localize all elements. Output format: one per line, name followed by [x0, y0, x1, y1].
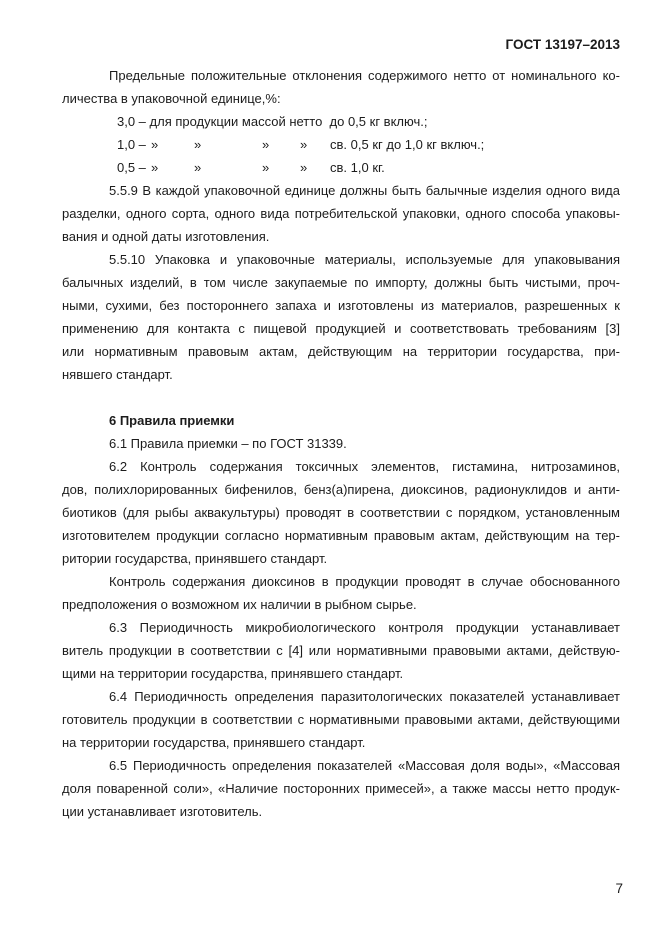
text-line: 6.1 Правила приемки – по ГОСТ 31339. — [62, 432, 620, 455]
text-line: применению для контакта с пищевой продук… — [62, 317, 620, 340]
paragraph-dioxin-note: Контроль содержания диоксинов в продукци… — [62, 570, 620, 616]
section-6-heading: 6 Правила приемки — [62, 409, 620, 432]
tolerance-value: 1,0 – — [117, 133, 146, 156]
tolerance-row-1-0: 1,0 – » » » » св. 0,5 кг до 1,0 кг включ… — [62, 133, 620, 156]
text-line: ными, сухими, без постороннего запаха и … — [62, 294, 620, 317]
text-line: 6.5 Периодичность определения показателе… — [62, 754, 620, 777]
blank-line — [62, 386, 620, 409]
page-content: Предельные положительные отклонения соде… — [62, 64, 620, 823]
text-line: 6.3 Периодичность микробиологического ко… — [62, 616, 620, 639]
text-line: ции устанавливает изготовитель. — [62, 800, 620, 823]
text-line: дов, полихлорированных бифенилов, бенз(а… — [62, 478, 620, 501]
text-line: или нормативным правовым актам, действую… — [62, 340, 620, 363]
tolerance-row-3-0: 3,0 – для продукции массой нетто до 0,5 … — [62, 110, 620, 133]
paragraph-clause-6-3: 6.3 Периодичность микробиологического ко… — [62, 616, 620, 685]
text-line: вания и одной даты изготовления. — [62, 225, 620, 248]
text-line: разделки, одного сорта, одного вида потр… — [62, 202, 620, 225]
tolerance-list: 3,0 – для продукции массой нетто до 0,5 … — [62, 110, 620, 179]
paragraph-clause-5-5-9: 5.5.9 В каждой упаковочной единице должн… — [62, 179, 620, 248]
ditto-mark: » — [194, 156, 201, 179]
text-line: изготовителем продукции согласно нормати… — [62, 524, 620, 547]
ditto-mark: » — [151, 156, 158, 179]
paragraph-intro-tolerances: Предельные положительные отклонения соде… — [62, 64, 620, 110]
text-line: балычных изделий, в том числе закупаемые… — [62, 271, 620, 294]
text-line: 5.5.9 В каждой упаковочной единице должн… — [62, 179, 620, 202]
tolerance-range: св. 1,0 кг. — [330, 156, 385, 179]
text-line: доля поваренной соли», «Наличие посторон… — [62, 777, 620, 800]
text-line: готовитель продукции в соответствии с но… — [62, 708, 620, 731]
text-line: биотиков (для рыбы аквакультуры) проводя… — [62, 501, 620, 524]
ditto-mark: » — [300, 156, 307, 179]
ditto-mark: » — [194, 133, 201, 156]
paragraph-clause-6-2: 6.2 Контроль содержания токсичных элемен… — [62, 455, 620, 570]
text-line: щими на территории государства, принявше… — [62, 662, 620, 685]
paragraph-clause-5-5-10: 5.5.10 Упаковка и упаковочные материалы,… — [62, 248, 620, 386]
text-line: витель продукции в соответствии с [4] ил… — [62, 639, 620, 662]
ditto-mark: » — [262, 156, 269, 179]
tolerance-range: св. 0,5 кг до 1,0 кг включ.; — [330, 133, 484, 156]
page-number: 7 — [615, 881, 623, 897]
text-line: ритории государства, принявшего стандарт… — [62, 547, 620, 570]
text-line: 6.4 Периодичность определения паразитоло… — [62, 685, 620, 708]
paragraph-clause-6-4: 6.4 Периодичность определения паразитоло… — [62, 685, 620, 754]
document-page: ГОСТ 13197–2013 Предельные положительные… — [0, 0, 661, 935]
tolerance-value: 0,5 – — [117, 156, 146, 179]
text-line: Контроль содержания диоксинов в продукци… — [62, 570, 620, 593]
text-line: на территории государства, принявшего ст… — [62, 731, 620, 754]
text-line: предположения о возможном их наличии в р… — [62, 593, 620, 616]
gost-standard-number: ГОСТ 13197–2013 — [62, 38, 620, 52]
tolerance-row-0-5: 0,5 – » » » » св. 1,0 кг. — [62, 156, 620, 179]
paragraph-clause-6-1: 6.1 Правила приемки – по ГОСТ 31339. — [62, 432, 620, 455]
text-line: 6.2 Контроль содержания токсичных элемен… — [62, 455, 620, 478]
text-line: Предельные положительные отклонения соде… — [62, 64, 620, 87]
ditto-mark: » — [151, 133, 158, 156]
ditto-mark: » — [262, 133, 269, 156]
text-line: личества в упаковочной единице,%: — [62, 87, 620, 110]
text-line: 5.5.10 Упаковка и упаковочные материалы,… — [62, 248, 620, 271]
paragraph-clause-6-5: 6.5 Периодичность определения показателе… — [62, 754, 620, 823]
ditto-mark: » — [300, 133, 307, 156]
text-line: нявшего стандарт. — [62, 363, 620, 386]
